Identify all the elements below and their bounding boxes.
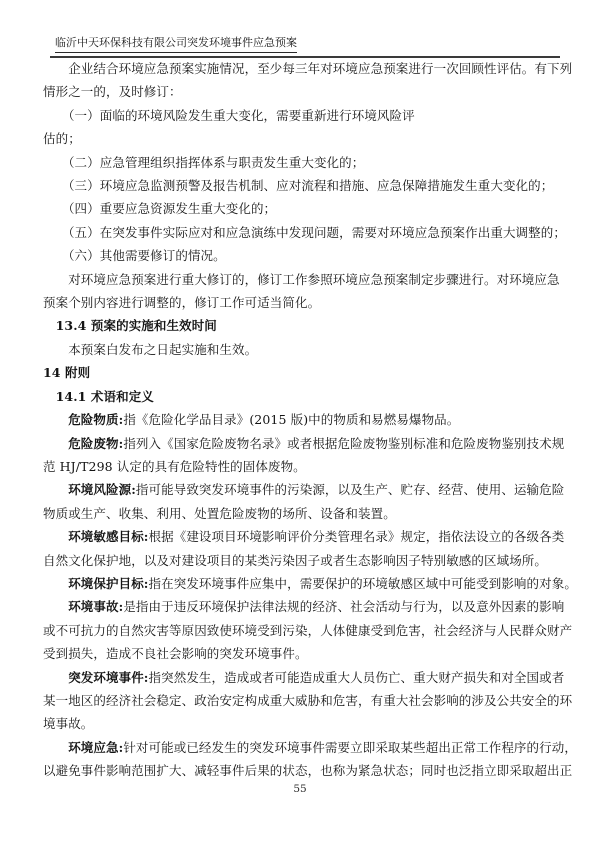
document-line: （二）应急管理组织指挥体系与职责发生重大变化的； (43, 151, 560, 174)
document-line: 以避免事件影响范围扩大、减轻事件后果的状态，也称为紧急状态；同时也泛指立即采取超… (43, 759, 560, 782)
text-run: 指《危险化学品目录》(2015 版)中的物质和易燃易爆物品。 (123, 412, 459, 427)
page-header: 临沂中天环保科技有限公司突发环境事件应急预案 (55, 36, 560, 53)
bold-term: 危险废物: (68, 436, 123, 451)
document-line: 环境保护目标:指在突发环境事件应集中，需要保护的环境敏感区域中可能受到影响的对象… (43, 572, 560, 595)
document-line: 环境事故:是指由于违反环境保护法律法规的经济、社会活动与行为，以及意外因素的影响 (43, 595, 560, 618)
document-line: 受到损失，造成不良社会影响的突发环境事件。 (43, 642, 560, 665)
document-line: 环境敏感目标:根据《建设项目环境影响评价分类管理名录》规定，指依法设立的各级各类 (43, 525, 560, 548)
text-run: 情形之一的，及时修订： (43, 84, 182, 99)
document-line: 本预案白发布之日起实施和生效。 (43, 338, 560, 361)
bold-term: 14.1 术语和定义 (43, 389, 154, 404)
text-run (43, 740, 68, 755)
document-line: 预案个别内容进行调整的，修订工作可适当简化。 (43, 291, 560, 314)
document-line: 环境风险源:指可能导致突发环境事件的污染源，以及生产、贮存、经营、使用、运输危险 (43, 478, 560, 501)
text-run: 预案个别内容进行调整的，修订工作可适当简化。 (43, 295, 320, 310)
document-line: 境事故。 (43, 712, 560, 735)
text-run (43, 576, 68, 591)
text-run: 指可能导致突发环境事件的污染源，以及生产、贮存、经营、使用、运输危险 (136, 482, 564, 497)
document-line: 情形之一的，及时修订： (43, 80, 560, 103)
bold-term: 环境事故: (68, 599, 123, 614)
text-run: （一）面临的环境风险发生重大变化，需要重新进行环境风险评 (43, 108, 415, 123)
text-run: 指在突发环境事件应集中，需要保护的环境敏感区域中可能受到影响的对象。 (149, 576, 577, 591)
page-number: 55 (293, 783, 306, 795)
document-line: （三）环境应急监测预警及报告机制、应对流程和措施、应急保障措施发生重大变化的； (43, 174, 560, 197)
text-run: 根据《建设项目环境影响评价分类管理名录》规定，指依法设立的各级各类 (149, 529, 565, 544)
text-run: 或不可抗力的自然灾害等原因致使环境受到污染，人体健康受到危害，社会经济与人民群众… (43, 623, 572, 638)
text-run (43, 482, 68, 497)
text-run: 企业结合环境应急预案实施情况，至少每三年对环境应急预案进行一次回顾性评估。有下列 (43, 61, 572, 76)
document-line: 危险物质:指《危险化学品目录》(2015 版)中的物质和易燃易爆物品。 (43, 408, 560, 431)
bold-term: 环境敏感目标: (68, 529, 148, 544)
text-run: （三）环境应急监测预警及报告机制、应对流程和措施、应急保障措施发生重大变化的； (43, 178, 553, 193)
document-line: （四）重要应急资源发生重大变化的； (43, 197, 560, 220)
text-run: 范 HJ/T298 认定的具有危险特性的固体废物。 (43, 459, 306, 474)
text-run (43, 529, 68, 544)
header-title: 临沂中天环保科技有限公司突发环境事件应急预案 (55, 36, 297, 53)
text-run (43, 670, 68, 685)
document-line: 14 附则 (43, 361, 560, 384)
document-body: 企业结合环境应急预案实施情况，至少每三年对环境应急预案进行一次回顾性评估。有下列… (43, 57, 560, 783)
bold-term: 14 附则 (43, 365, 90, 380)
text-run (43, 436, 68, 451)
document-line: 环境应急:针对可能或已经发生的突发环境事件需要立即采取某些超出正常工作程序的行动… (43, 736, 560, 759)
text-run: 本预案白发布之日起实施和生效。 (43, 342, 257, 357)
bold-term: 环境风险源: (68, 482, 136, 497)
document-line: （一）面临的环境风险发生重大变化，需要重新进行环境风险评 (43, 104, 560, 127)
text-run: 受到损失，造成不良社会影响的突发环境事件。 (43, 646, 308, 661)
text-run: 指突然发生，造成或者可能造成重大人员伤亡、重大财产损失和对全国或者 (149, 670, 565, 685)
document-line: 范 HJ/T298 认定的具有危险特性的固体废物。 (43, 455, 560, 478)
document-line: （六）其他需要修订的情况。 (43, 244, 560, 267)
text-run: （四）重要应急资源发生重大变化的； (43, 201, 276, 216)
text-run: 是指由于违反环境保护法律法规的经济、社会活动与行为，以及意外因素的影响 (123, 599, 564, 614)
document-line: 企业结合环境应急预案实施情况，至少每三年对环境应急预案进行一次回顾性评估。有下列 (43, 57, 560, 80)
bold-term: 13.4 预案的实施和生效时间 (43, 318, 217, 333)
text-run: （五）在突发事件实际应对和应急演练中发现问题，需要对环境应急预案作出重大调整的； (43, 225, 566, 240)
text-run: 物质或生产、收集、利用、处置危险废物的场所、设备和装置。 (43, 506, 396, 521)
document-line: 危险废物:指列入《国家危险废物名录》或者根据危险废物鉴别标准和危险废物鉴别技术规 (43, 432, 560, 455)
text-run: 估的； (43, 131, 81, 146)
document-line: 估的； (43, 127, 560, 150)
document-line: 物质或生产、收集、利用、处置危险废物的场所、设备和装置。 (43, 502, 560, 525)
document-line: 某一地区的经济社会稳定、政治安定构成重大威胁和危害，有重大社会影响的涉及公共安全… (43, 689, 560, 712)
text-run: 以避免事件影响范围扩大、减轻事件后果的状态，也称为紧急状态；同时也泛指立即采取超… (43, 763, 572, 778)
document-line: 对环境应急预案进行重大修订的，修订工作参照环境应急预案制定步骤进行。对环境应急 (43, 268, 560, 291)
document-line: （五）在突发事件实际应对和应急演练中发现问题，需要对环境应急预案作出重大调整的； (43, 221, 560, 244)
text-run: 自然文化保护地，以及对建设项目的某类污染因子或者生态影响因子特别敏感的区域场所。 (43, 553, 547, 568)
bold-term: 环境应急: (68, 740, 123, 755)
document-line: 或不可抗力的自然灾害等原因致使环境受到污染，人体健康受到危害，社会经济与人民群众… (43, 619, 560, 642)
text-run: 某一地区的经济社会稳定、政治安定构成重大威胁和危害，有重大社会影响的涉及公共安全… (43, 693, 572, 708)
bold-term: 危险物质: (68, 412, 123, 427)
bold-term: 突发环境事件: (68, 670, 148, 685)
text-run (43, 412, 68, 427)
document-line: 突发环境事件:指突然发生，造成或者可能造成重大人员伤亡、重大财产损失和对全国或者 (43, 666, 560, 689)
text-run: 针对可能或已经发生的突发环境事件需要立即采取某些超出正常工作程序的行动， (123, 740, 577, 755)
text-run: （二）应急管理组织指挥体系与职责发生重大变化的； (43, 155, 364, 170)
text-run (43, 599, 68, 614)
document-line: 自然文化保护地，以及对建设项目的某类污染因子或者生态影响因子特别敏感的区域场所。 (43, 549, 560, 572)
document-line: 13.4 预案的实施和生效时间 (43, 314, 560, 337)
bold-term: 环境保护目标: (68, 576, 148, 591)
document-page: 临沂中天环保科技有限公司突发环境事件应急预案 企业结合环境应急预案实施情况，至少… (0, 0, 600, 848)
document-line: 14.1 术语和定义 (43, 385, 560, 408)
text-run: 对环境应急预案进行重大修订的，修订工作参照环境应急预案制定步骤进行。对环境应急 (43, 272, 560, 287)
page-footer: 55 (0, 783, 600, 795)
text-run: 指列入《国家危险废物名录》或者根据危险废物鉴别标准和危险废物鉴别技术规 (123, 436, 564, 451)
text-run: （六）其他需要修订的情况。 (43, 248, 226, 263)
text-run: 境事故。 (43, 716, 93, 731)
